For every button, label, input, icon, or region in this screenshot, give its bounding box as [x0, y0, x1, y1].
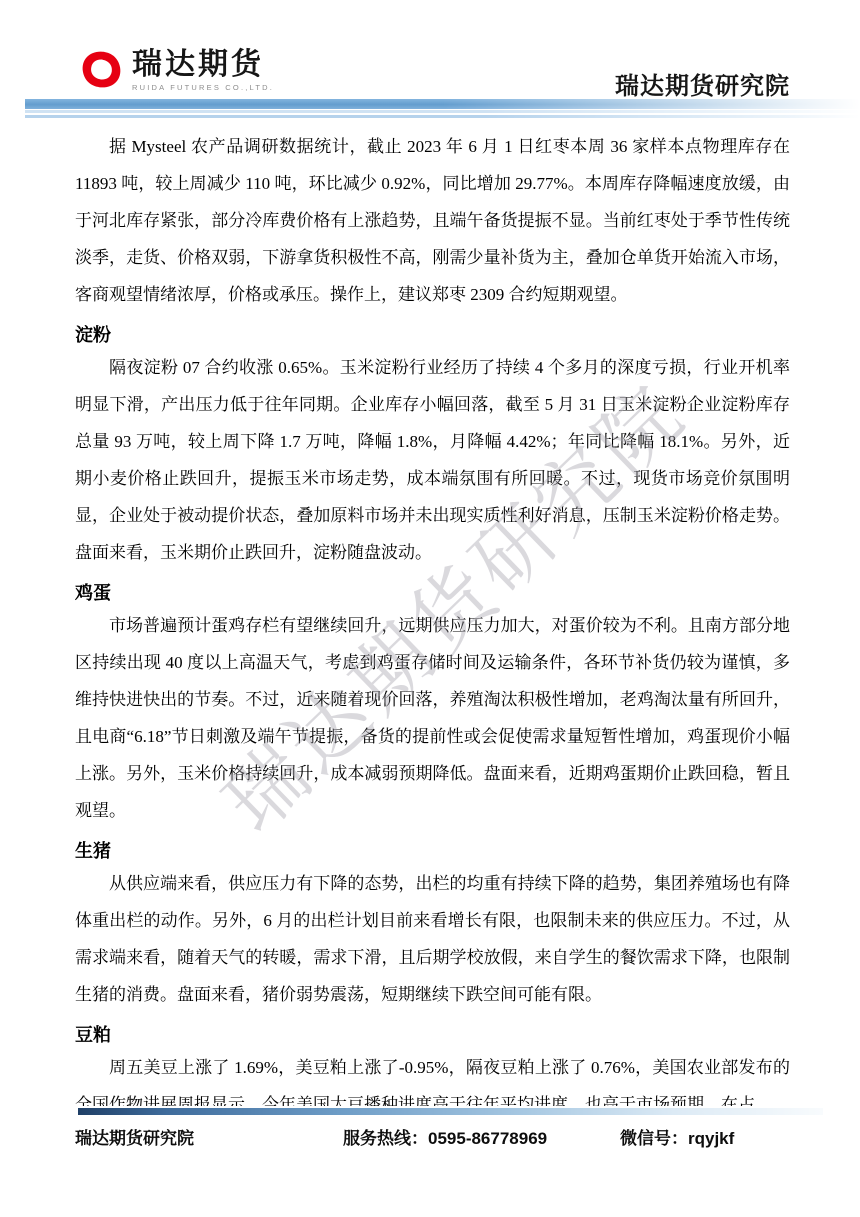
header-divider-stripe-2 [25, 115, 860, 118]
brand-text-block: 瑞达期货 RUIDA FUTURES CO.,LTD. [132, 49, 274, 92]
header-divider-stripe-1 [25, 110, 860, 113]
ruida-futures-logo-icon [78, 47, 125, 94]
paragraph-jujube: 据 Mysteel 农产品调研数据统计，截止 2023 年 6 月 1 日红枣本… [75, 128, 790, 313]
report-title: 瑞达期货研究院 [615, 66, 790, 101]
footer-service-hotline: 服务热线：0595-86778969 [343, 1124, 547, 1149]
footer-wechat-id: 微信号：rqyjkf [620, 1124, 734, 1149]
paragraph-soybean-meal: 周五美豆上涨了 1.69%，美豆粕上涨了-0.95%，隔夜豆粕上涨了 0.76%… [75, 1049, 790, 1106]
section-heading-hog: 生猪 [75, 840, 790, 862]
section-heading-egg: 鸡蛋 [75, 582, 790, 604]
footer-divider [78, 1108, 823, 1115]
footer: 瑞达期货研究院 服务热线：0595-86778969 微信号：rqyjkf [75, 1124, 820, 1154]
paragraph-starch: 隔夜淀粉 07 合约收涨 0.65%。玉米淀粉行业经历了持续 4 个多月的深度亏… [75, 349, 790, 571]
section-heading-soybean-meal: 豆粕 [75, 1024, 790, 1046]
brand-logo: 瑞达期货 RUIDA FUTURES CO.,LTD. [78, 47, 274, 94]
header-divider-main-bar [25, 99, 860, 109]
paragraph-egg: 市场普遍预计蛋鸡存栏有望继续回升，远期供应压力加大，对蛋价较为不利。且南方部分地… [75, 607, 790, 829]
footer-org-name: 瑞达期货研究院 [75, 1124, 194, 1149]
paragraph-hog: 从供应端来看，供应压力有下降的态势，出栏的均重有持续下降的趋势，集团养殖场也有降… [75, 865, 790, 1013]
brand-subtitle: RUIDA FUTURES CO.,LTD. [132, 83, 274, 92]
brand-name: 瑞达期货 [132, 49, 274, 81]
report-page: 瑞达期货 RUIDA FUTURES CO.,LTD. 瑞达期货研究院 瑞达期货… [0, 0, 860, 1217]
section-heading-starch: 淀粉 [75, 324, 790, 346]
report-body: 据 Mysteel 农产品调研数据统计，截止 2023 年 6 月 1 日红枣本… [75, 128, 790, 1106]
header-divider [25, 99, 860, 118]
